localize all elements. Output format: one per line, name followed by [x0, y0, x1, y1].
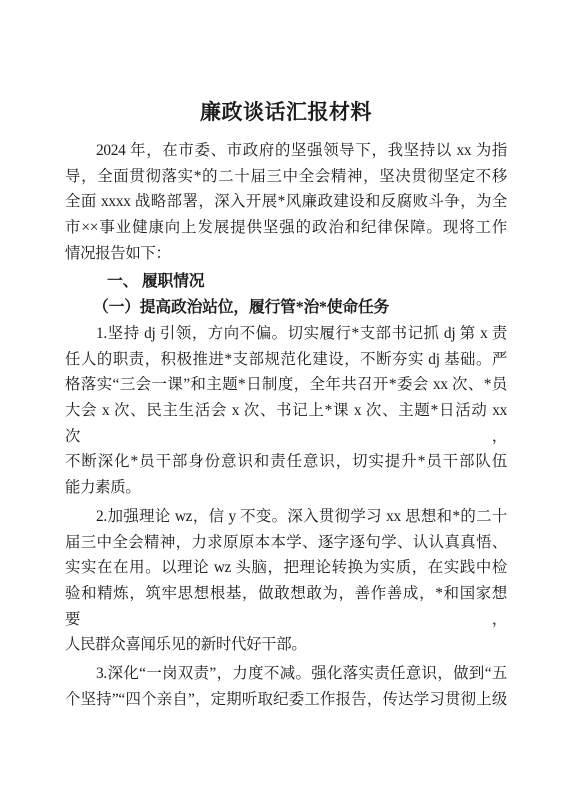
text-line: 1.坚持 dj 引领，方向不偏。切实履行*支部书记抓 dj 第 x 责 — [65, 321, 507, 347]
text-line: 导，全面贯彻落实*的二十届三中全会精神，坚决贯彻坚定不移 — [65, 164, 507, 190]
text-line: 个坚持”“四个亲自”，定期听取纪委工作报告，传达学习贯彻上级 — [65, 687, 507, 713]
paragraph: 3.深化“一岗双责”，力度不减。强化落实责任意识，做到“五个坚持”“四个亲自”，… — [65, 661, 507, 712]
text-line: 不断深化*员干部身份意识和责任意识，切实提升*员干部队伍 — [65, 449, 507, 475]
text-line: 实实在在用。以理论 wz 头脑，把理论转换为实质，在实践中检 — [65, 555, 507, 581]
text-line: 验和精炼，筑牢思想根基，做敢想敢为，善作善成，*和国家想要， — [65, 581, 507, 632]
text-line: 3.深化“一岗双责”，力度不减。强化落实责任意识，做到“五 — [65, 661, 507, 687]
text-line: 人民群众喜闻乐见的新时代好干部。 — [65, 632, 507, 658]
text-line: 任人的职责，积极推进*支部规范化建设，不断夯实 dj 基础。严 — [65, 347, 507, 373]
document-title: 廉政谈话汇报材料 — [65, 96, 507, 128]
text-line: 能力素质。 — [65, 475, 507, 501]
document-page: 廉政谈话汇报材料 2024 年，在市委、市政府的坚强领导下，我坚持以 xx 为指… — [0, 0, 570, 807]
text-line: 格落实“三会一课”和主题*日制度，全年共召开*委会 xx 次、*员 — [65, 372, 507, 398]
paragraph: 2.加强理论 wz，信 y 不变。深入贯彻学习 xx 思想和*的二十届三中全会精… — [65, 504, 507, 658]
paragraph: 2024 年，在市委、市政府的坚强领导下，我坚持以 xx 为指导，全面贯彻落实*… — [65, 138, 507, 267]
text-line: 届三中全会精神，力求原原本本学、逐字逐句学、认认真真悟、 — [65, 530, 507, 556]
paragraph: 1.坚持 dj 引领，方向不偏。切实履行*支部书记抓 dj 第 x 责任人的职责… — [65, 321, 507, 501]
subsection-heading: （一）提高政治站位，履行管*治*使命任务 — [65, 295, 507, 321]
text-line: 大会 x 次、民主生活会 x 次、书记上*课 x 次、主题*日活动 xx 次， — [65, 398, 507, 449]
section-heading: 一、 履职情况 — [65, 269, 507, 295]
text-line: 市××事业健康向上发展提供坚强的政治和纪律保障。现将工作 — [65, 215, 507, 241]
document-body: 2024 年，在市委、市政府的坚强领导下，我坚持以 xx 为指导，全面贯彻落实*… — [65, 138, 507, 712]
text-line: 2024 年，在市委、市政府的坚强领导下，我坚持以 xx 为指 — [65, 138, 507, 164]
text-line: 全面 xxxx 战略部署，深入开展*风廉政建设和反腐败斗争，为全 — [65, 189, 507, 215]
text-line: 情况报告如下： — [65, 241, 507, 267]
text-line: 2.加强理论 wz，信 y 不变。深入贯彻学习 xx 思想和*的二十 — [65, 504, 507, 530]
